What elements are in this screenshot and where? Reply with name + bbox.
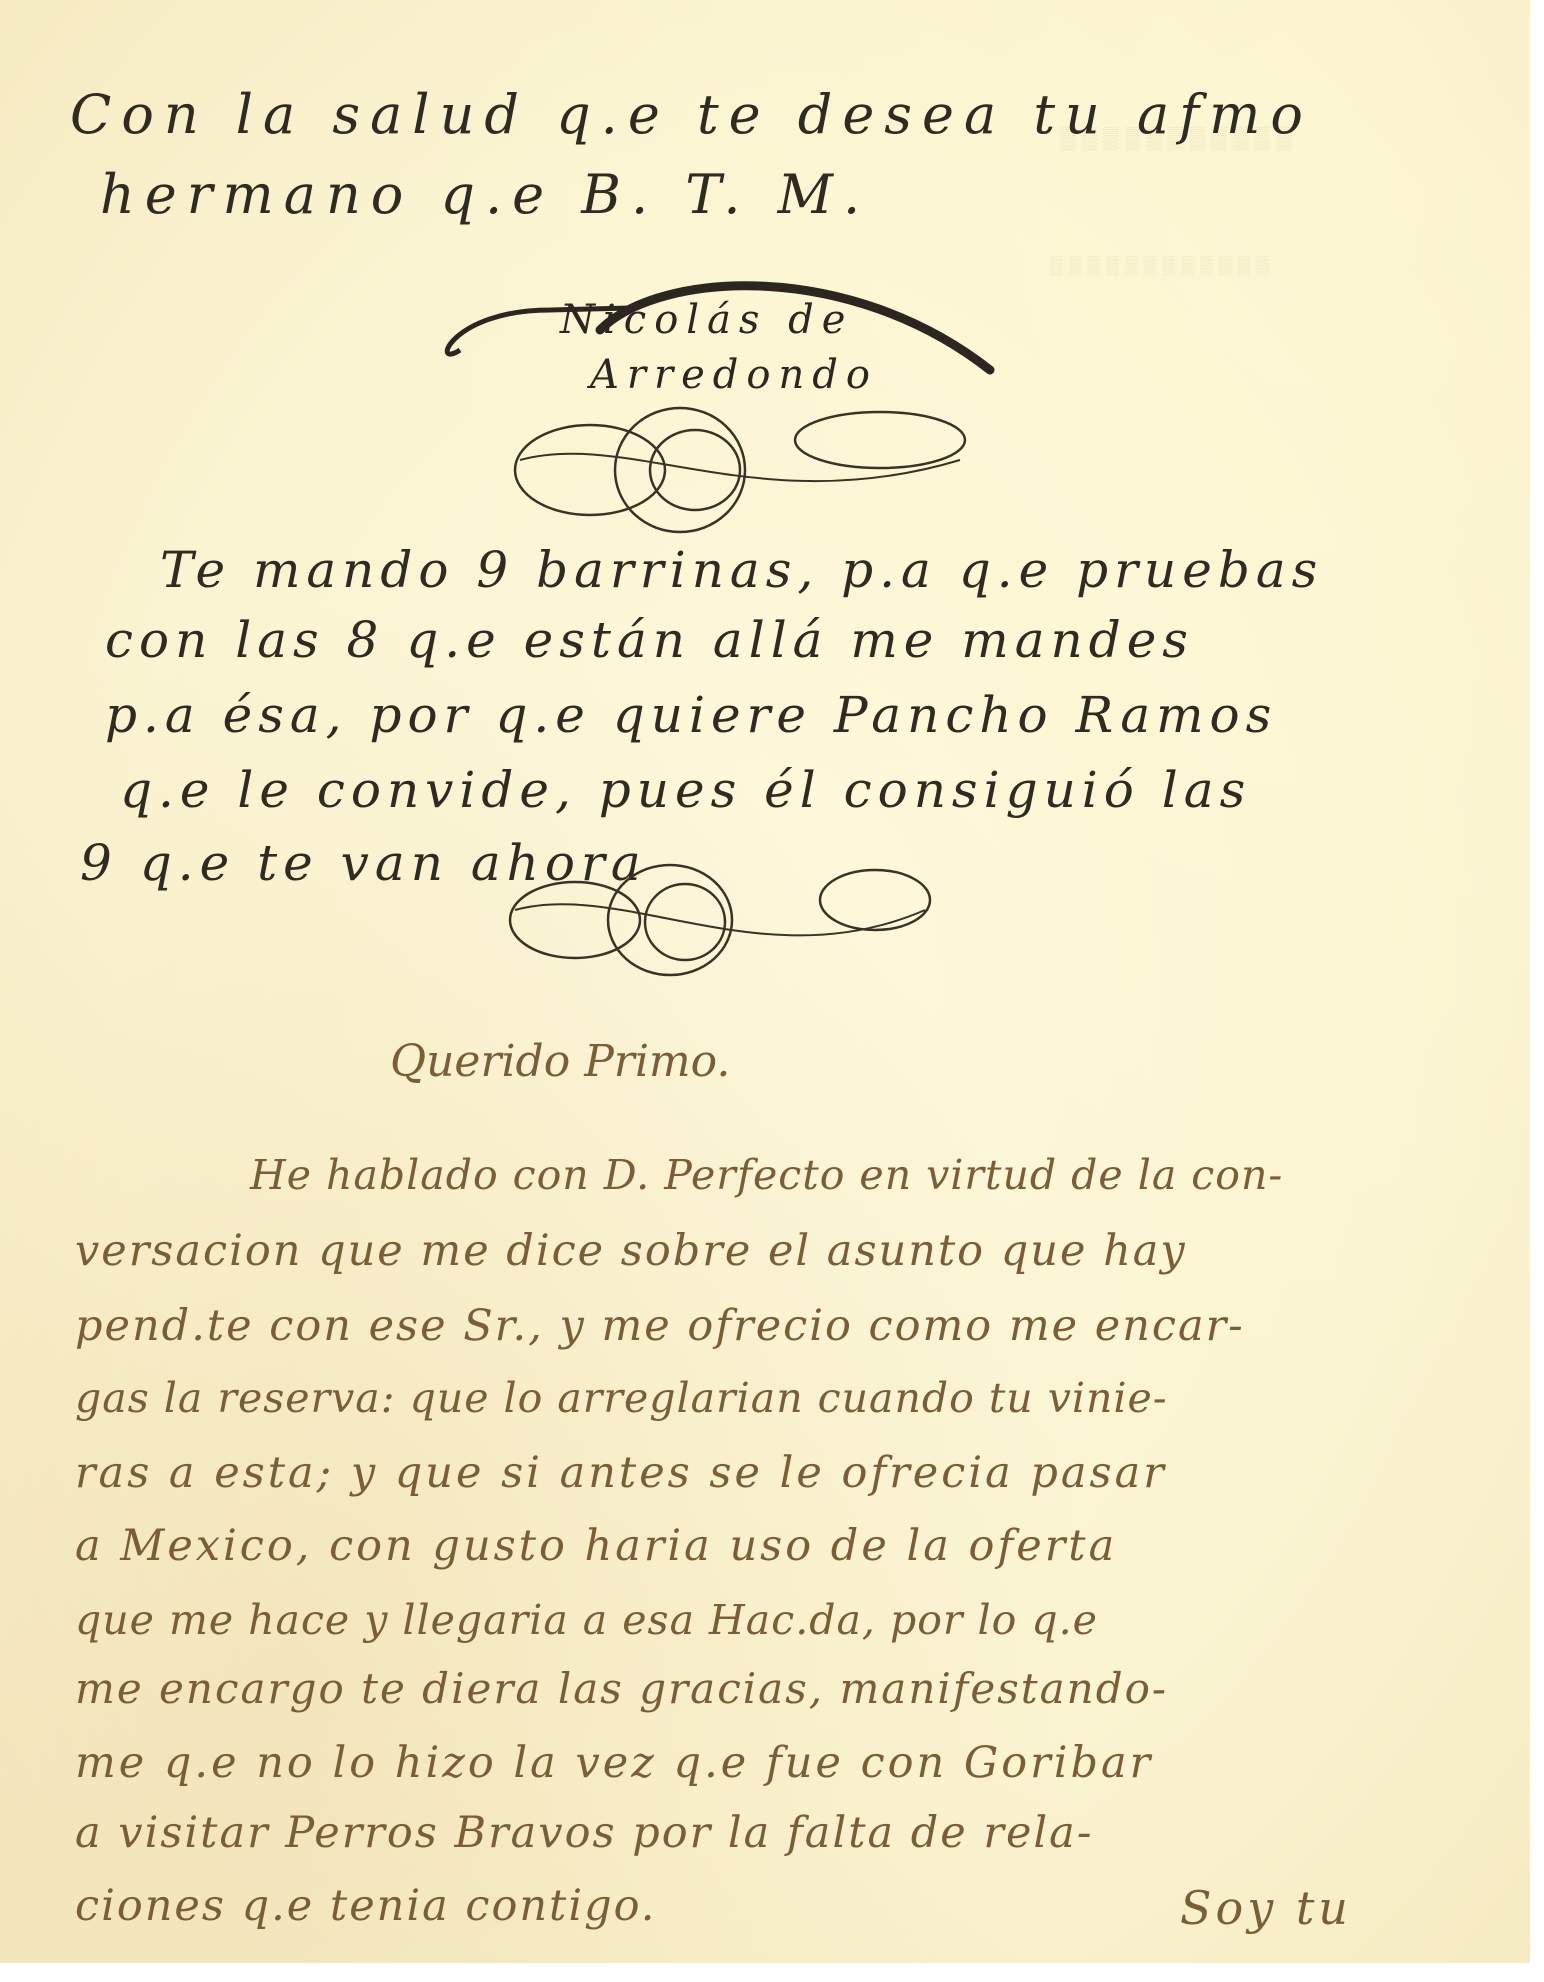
signature-rubric-flourish xyxy=(510,400,970,540)
letter-closing: Soy tu xyxy=(1180,1885,1352,1931)
closing-line-1: Con la salud q.e te desea tu afmo xyxy=(70,88,1313,142)
letter-line-1: He hablado con D. Perfecto en virtud de … xyxy=(250,1155,1283,1196)
signature-surname: Arredondo xyxy=(590,355,878,395)
letter-line-7: que me hace y llegaria a esa Hac.da, por… xyxy=(75,1600,1098,1641)
postscript-line-2: con las 8 q.e están allá me mandes xyxy=(105,615,1194,665)
letter-line-9: me q.e no lo hizo la vez q.e fue con Gor… xyxy=(75,1742,1153,1785)
signature-first-name: Nicolás de xyxy=(560,300,853,340)
letter-line-10: a visitar Perros Bravos por la falta de … xyxy=(75,1812,1093,1855)
postscript-line-3: p.a ésa, por q.e quiere Pancho Ramos xyxy=(105,690,1277,740)
letter-line-11: ciones q.e tenia contigo. xyxy=(75,1885,656,1928)
letter-line-8: me encargo te diera las gracias, manifes… xyxy=(75,1668,1168,1710)
postscript-line-1: Te mando 9 barrinas, p.a q.e pruebas xyxy=(160,545,1323,595)
postscript-line-4: q.e le convide, pues él consiguió las xyxy=(120,765,1251,815)
letter-line-3: pend.te con ese Sr., y me ofrecio como m… xyxy=(75,1305,1245,1348)
letter-line-6: a Mexico, con gusto haria uso de la ofer… xyxy=(75,1525,1117,1568)
closing-line-2: hermano q.e B. T. M. xyxy=(100,168,870,222)
postscript-flourish xyxy=(505,860,935,980)
letter-line-4: gas la reserva: que lo arreglarian cuand… xyxy=(75,1378,1168,1419)
salutation: Querido Primo. xyxy=(390,1040,730,1084)
bleed-through-letterhead: ▒▒▒▒▒▒▒▒▒▒▒▒ xyxy=(1050,255,1275,276)
letter-line-2: versacion que me dice sobre el asunto qu… xyxy=(75,1230,1187,1273)
letter-line-5: ras a esta; y que si antes se le ofrecia… xyxy=(75,1452,1167,1495)
letter-page: ▒▒▒▒▒▒▒▒▒▒▒ ▒▒▒▒▒▒▒▒▒▒▒▒ Con la salud q.… xyxy=(0,0,1530,1963)
